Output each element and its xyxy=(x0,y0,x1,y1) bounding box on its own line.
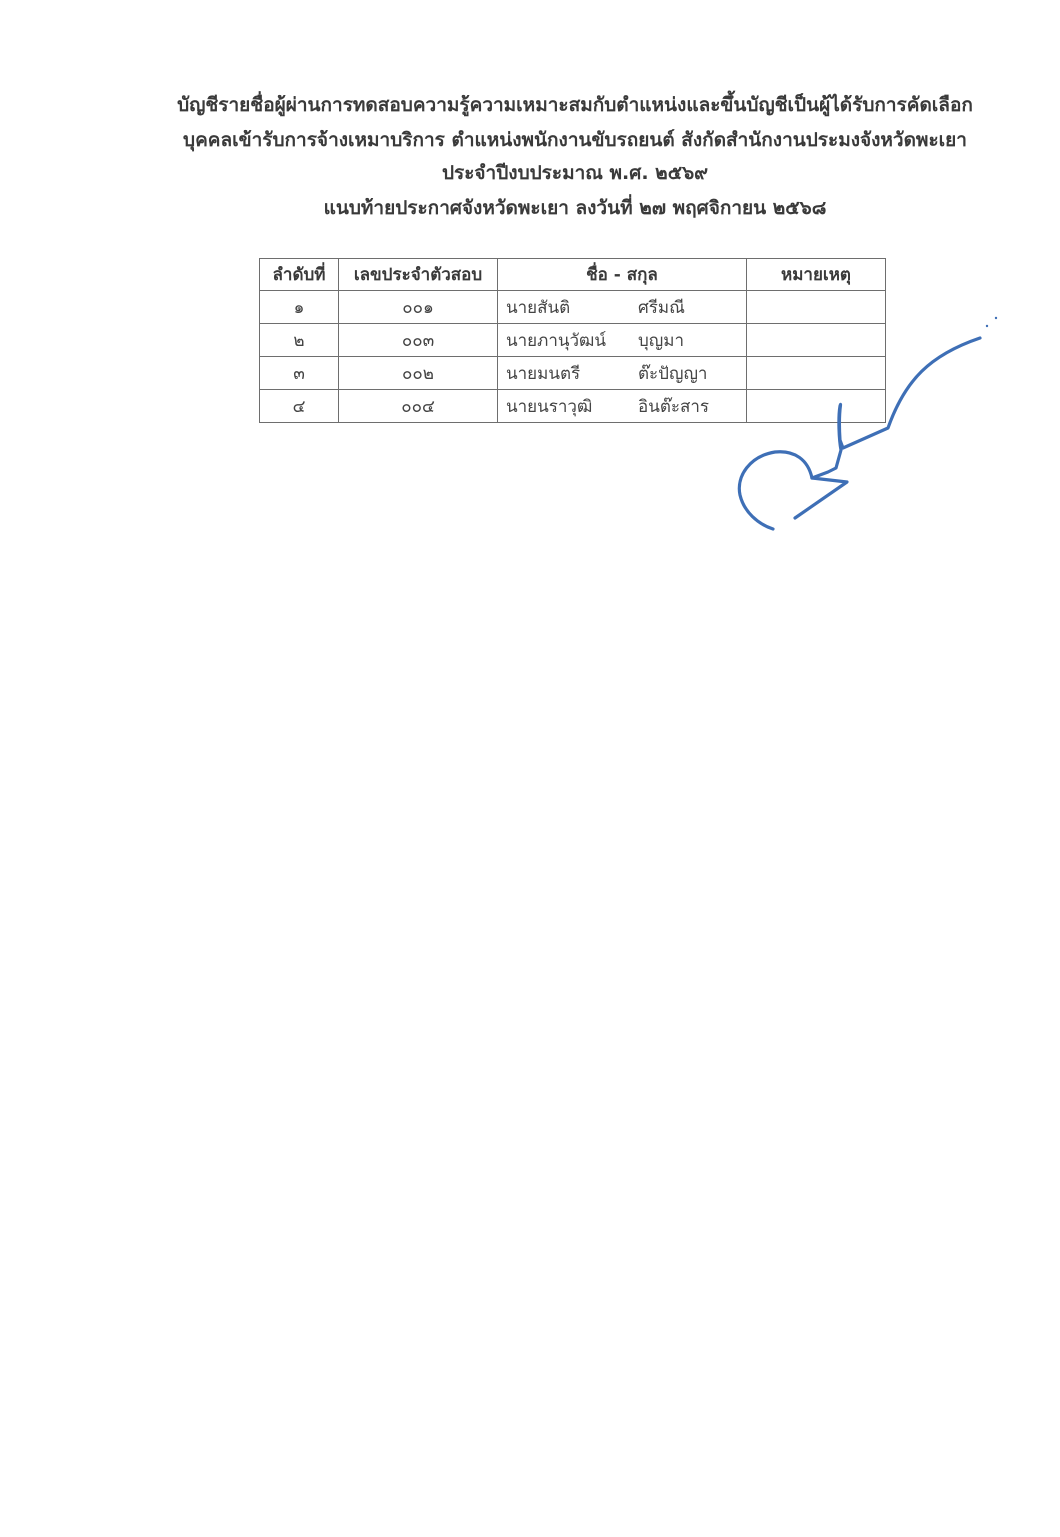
cell-order: ๔ xyxy=(260,390,339,423)
table-header-row: ลำดับที่ เลขประจำตัวสอบ ชื่อ - สกุล หมาย… xyxy=(260,259,886,291)
first-name: นายภานุวัฒน์ xyxy=(506,327,638,354)
last-name: ศรีมณี xyxy=(638,298,685,318)
header-exam-id: เลขประจำตัวสอบ xyxy=(339,259,498,291)
first-name: นายมนตรี xyxy=(506,360,638,387)
cell-exam-id: ๐๐๔ xyxy=(339,390,498,423)
cell-exam-id: ๐๐๑ xyxy=(339,291,498,324)
cell-name: นายภานุวัฒน์บุญมา xyxy=(498,324,747,357)
cell-name: นายนราวุฒิอินต๊ะสาร xyxy=(498,390,747,423)
document-title-line-1: บัญชีรายชื่อผู้ผ่านการทดสอบความรู้ความเห… xyxy=(110,90,1040,120)
last-name: ต๊ะปัญญา xyxy=(638,364,707,384)
header-order: ลำดับที่ xyxy=(260,259,339,291)
document-title-line-3: ประจำปีงบประมาณ พ.ศ. ๒๕๖๙ xyxy=(110,158,1040,188)
cell-order: ๑ xyxy=(260,291,339,324)
first-name: นายนราวุฒิ xyxy=(506,393,638,420)
header-name: ชื่อ - สกุล xyxy=(498,259,747,291)
cell-exam-id: ๐๐๒ xyxy=(339,357,498,390)
document-title-line-4: แนบท้ายประกาศจังหวัดพะเยา ลงวันที่ ๒๗ พฤ… xyxy=(110,193,1040,223)
cell-name: นายสันติศรีมณี xyxy=(498,291,747,324)
cell-order: ๓ xyxy=(260,357,339,390)
cell-order: ๒ xyxy=(260,324,339,357)
first-name: นายสันติ xyxy=(506,294,638,321)
signature-icon xyxy=(720,300,1020,540)
last-name: บุญมา xyxy=(638,331,684,351)
header-note: หมายเหตุ xyxy=(747,259,886,291)
cell-exam-id: ๐๐๓ xyxy=(339,324,498,357)
last-name: อินต๊ะสาร xyxy=(638,397,709,417)
document-title-line-2: บุคคลเข้ารับการจ้างเหมาบริการ ตำแหน่งพนั… xyxy=(110,125,1040,155)
cell-name: นายมนตรีต๊ะปัญญา xyxy=(498,357,747,390)
